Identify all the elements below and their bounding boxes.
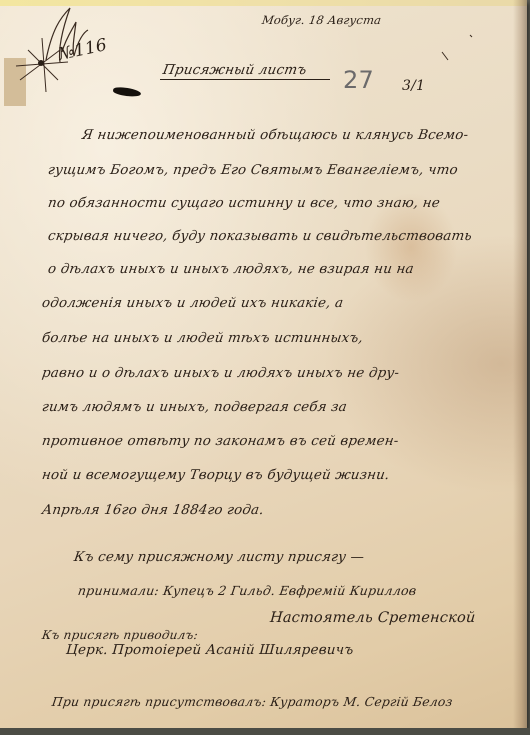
body-line: одолженія иныхъ и людей ихъ никакіе, а bbox=[41, 296, 344, 311]
sheet-mark: 3/1 bbox=[402, 78, 425, 94]
signatory-line: принимали: Купецъ 2 Гильд. Евфремій Кири… bbox=[77, 583, 418, 598]
body-line: противное отвѣту по законамъ въ сей врем… bbox=[41, 434, 400, 449]
date-line: Апрѣля 16го дня 1884го года. bbox=[41, 503, 265, 518]
witness-line: При присягѣ присутствовалъ: Кураторъ М. … bbox=[51, 694, 454, 709]
priest-label: Къ присягѣ приводилъ: bbox=[41, 628, 199, 642]
priest-name-line: Церк. Протоіерей Асаній Шиляревичъ bbox=[65, 642, 354, 658]
header-note: Мобуг. 18 Августа bbox=[261, 13, 382, 27]
body-line: о дѣлахъ иныхъ и иныхъ людяхъ, не взирая… bbox=[47, 262, 415, 277]
body-line: гимъ людямъ и иныхъ, подвергая себя за bbox=[41, 400, 348, 415]
document-page: №116 Мобуг. 18 Августа Присяжный листъ 2… bbox=[0, 0, 527, 728]
body-line: ной и всемогущему Творцу въ будущей жизн… bbox=[41, 468, 390, 483]
body-line: болѣе на иныхъ и людей тѣхъ истинныхъ, bbox=[41, 331, 364, 346]
body-line: Я нижепоименованный обѣщаюсь и клянусь В… bbox=[81, 128, 469, 143]
scan-frame-bottom bbox=[0, 728, 530, 735]
body-line: гущимъ Богомъ, предъ Его Святымъ Евангел… bbox=[47, 163, 459, 178]
ink-dot bbox=[38, 60, 44, 66]
sheet-number: 27 bbox=[343, 66, 374, 94]
title-underline bbox=[160, 79, 330, 80]
body-line: равно и о дѣлахъ иныхъ и людяхъ иныхъ не… bbox=[41, 366, 400, 381]
closing-line: Къ сему присяжному листу присягу — bbox=[73, 550, 365, 565]
body-line: скрывая ничего, буду показывать и свидѣт… bbox=[47, 229, 473, 244]
priest-title: Настоятель Сретенской bbox=[269, 610, 476, 626]
body-line: по обязанности сущаго истинну и все, что… bbox=[47, 196, 441, 211]
page-title: Присяжный листъ bbox=[162, 62, 308, 78]
